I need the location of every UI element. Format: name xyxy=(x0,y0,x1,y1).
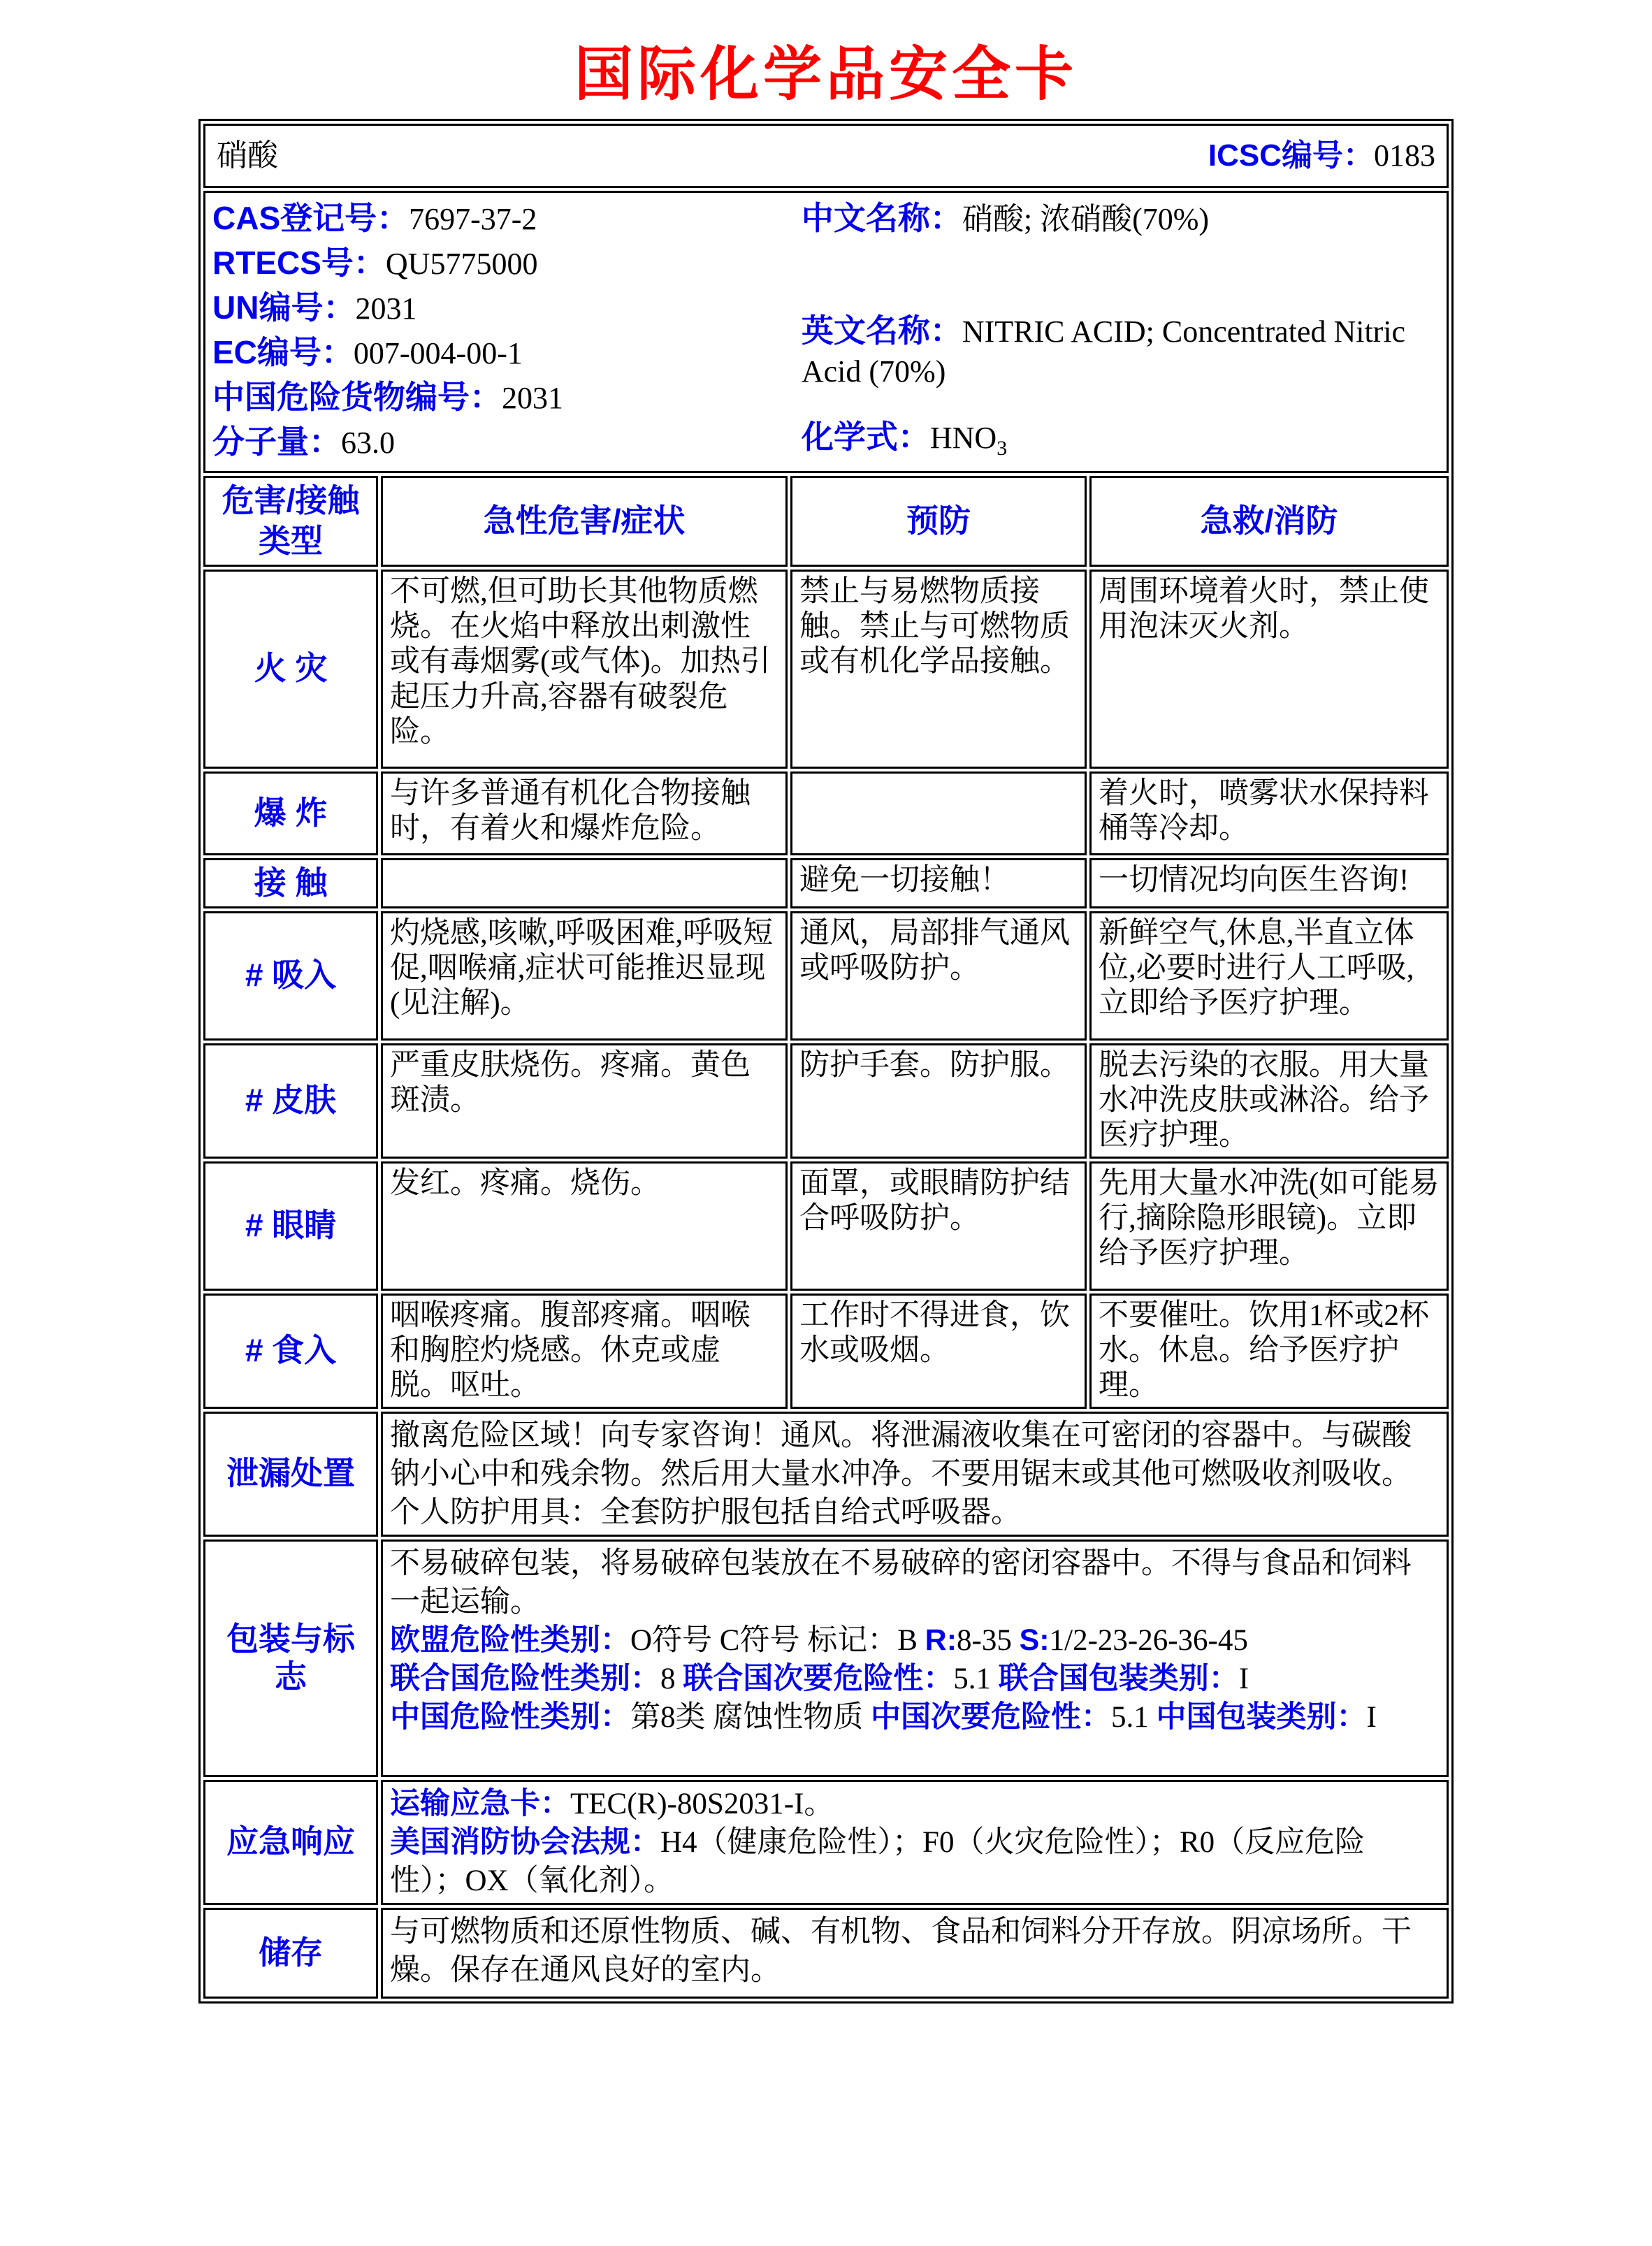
fire-row: 火 灾 不可燃,但可助长其他物质燃烧。在火焰中释放出刺激性或有毒烟雾(或气体)。… xyxy=(203,570,1449,769)
inhalation-prevention-cell: 通风，局部排气通风或呼吸防护。 xyxy=(790,911,1087,1041)
row-label-ingestion: # 食入 xyxy=(203,1294,378,1409)
card-header-cell: 硝酸 ICSC编号：0183 xyxy=(203,124,1449,188)
row-label-storage: 储存 xyxy=(203,1908,378,1999)
inhalation-row: # 吸入 灼烧感,咳嗽,呼吸困难,呼吸短促,咽喉痛,症状可能推迟显现(见注解)。… xyxy=(203,911,1449,1041)
english-name-field: 英文名称：NITRIC ACID; Concentrated Nitric Ac… xyxy=(802,311,1440,392)
ingestion-prevention-cell: 工作时不得进食，饮水或吸烟。 xyxy=(790,1294,1087,1409)
substance-name: 硝酸 xyxy=(217,138,278,173)
emergency-response-row: 应急响应 运输应急卡：TEC(R)-80S2031-I。美国消防协会法规：H4（… xyxy=(203,1780,1449,1905)
skin-row: # 皮肤 严重皮肤烧伤。疼痛。黄色斑渍。 防护手套。防护服。 脱去污染的衣服。用… xyxy=(203,1043,1449,1159)
china-dg-number-field: 中国危险货物编号：2031 xyxy=(212,375,802,419)
ingestion-firstaid-cell: 不要催吐。饮用1杯或2杯水。休息。给予医疗护理。 xyxy=(1089,1294,1449,1409)
ec-number-field: EC编号：007-004-00-1 xyxy=(212,330,802,375)
eyes-row: # 眼睛 发红。疼痛。烧伤。 面罩，或眼睛防护结合呼吸防护。 先用大量水冲洗(如… xyxy=(203,1161,1449,1291)
cas-number-field: CAS登记号：7697-37-2 xyxy=(212,196,802,240)
header-prevention: 预防 xyxy=(790,476,1087,567)
contact-row: 接 触 避免一切接触！ 一切情况均向医生咨询! xyxy=(203,858,1449,908)
chemical-formula-field: 化学式：HNO3 xyxy=(802,417,1440,468)
row-label-spillage: 泄漏处置 xyxy=(203,1412,378,1537)
id-numbers-block: CAS登记号：7697-37-2 RTECS号：QU5775000 UN编号：2… xyxy=(212,196,802,468)
icsc-safety-card-page: 国际化学品安全卡 硝酸 ICSC编号：0183 CAS登记号：7697-37-2… xyxy=(0,0,1652,2246)
page-title: 国际化学品安全卡 xyxy=(198,39,1454,109)
molecular-weight-field: 分子量：63.0 xyxy=(212,419,802,464)
eyes-prevention-cell: 面罩，或眼睛防护结合呼吸防护。 xyxy=(790,1161,1087,1291)
ingestion-symptoms-cell: 咽喉疼痛。腹部疼痛。咽喉和胸腔灼烧感。休克或虚脱。呕吐。 xyxy=(381,1294,788,1409)
identification-cell: CAS登记号：7697-37-2 RTECS号：QU5775000 UN编号：2… xyxy=(203,191,1449,473)
identification-row: CAS登记号：7697-37-2 RTECS号：QU5775000 UN编号：2… xyxy=(203,191,1449,473)
card-header-row: 硝酸 ICSC编号：0183 xyxy=(203,124,1449,188)
row-label-fire: 火 灾 xyxy=(203,570,378,769)
packaging-labelling-row: 包装与标志 不易破碎包装，将易破碎包装放在不易破碎的密闭容器中。不得与食品和饲料… xyxy=(203,1539,1449,1777)
ingestion-row: # 食入 咽喉疼痛。腹部疼痛。咽喉和胸腔灼烧感。休克或虚脱。呕吐。 工作时不得进… xyxy=(203,1294,1449,1409)
explosion-symptoms-cell: 与许多普通有机化合物接触时，有着火和爆炸危险。 xyxy=(381,771,788,855)
storage-content-cell: 与可燃物质和还原性物质、碱、有机物、食品和饲料分开存放。阴凉场所。干燥。保存在通… xyxy=(381,1908,1449,1999)
contact-prevention-cell: 避免一切接触！ xyxy=(790,858,1087,908)
inhalation-firstaid-cell: 新鲜空气,休息,半直立体位,必要时进行人工呼吸,立即给予医疗护理。 xyxy=(1089,911,1449,1041)
header-firstaid-firefighting: 急救/消防 xyxy=(1089,476,1449,567)
chemical-formula: HNO3 xyxy=(930,421,1007,455)
row-label-contact: 接 触 xyxy=(203,858,378,908)
skin-firstaid-cell: 脱去污染的衣服。用大量水冲洗皮肤或淋浴。给予医疗护理。 xyxy=(1089,1043,1449,1159)
contact-firstaid-cell: 一切情况均向医生咨询! xyxy=(1089,858,1449,908)
row-label-emergency-response: 应急响应 xyxy=(203,1780,378,1905)
contact-symptoms-cell xyxy=(381,858,788,908)
explosion-row: 爆 炸 与许多普通有机化合物接触时，有着火和爆炸危险。 着火时，喷雾状水保持料桶… xyxy=(203,771,1449,855)
explosion-firstaid-cell: 着火时，喷雾状水保持料桶等冷却。 xyxy=(1089,771,1449,855)
skin-prevention-cell: 防护手套。防护服。 xyxy=(790,1043,1087,1159)
fire-firstaid-cell: 周围环境着火时，禁止使用泡沫灭火剂。 xyxy=(1089,570,1449,769)
skin-symptoms-cell: 严重皮肤烧伤。疼痛。黄色斑渍。 xyxy=(381,1043,788,1159)
eyes-symptoms-cell: 发红。疼痛。烧伤。 xyxy=(381,1161,788,1291)
emergency-response-content-cell: 运输应急卡：TEC(R)-80S2031-I。美国消防协会法规：H4（健康危险性… xyxy=(381,1780,1449,1905)
names-block: 中文名称：硝酸; 浓硝酸(70%) 英文名称：NITRIC ACID; Conc… xyxy=(802,196,1440,468)
eyes-firstaid-cell: 先用大量水冲洗(如可能易行,摘除隐形眼镜)。立即给予医疗护理。 xyxy=(1089,1161,1449,1291)
row-label-skin: # 皮肤 xyxy=(203,1043,378,1159)
formula-subscript: 3 xyxy=(997,437,1007,460)
chinese-name-field: 中文名称：硝酸; 浓硝酸(70%) xyxy=(802,196,1440,242)
icsc-card-table: 硝酸 ICSC编号：0183 CAS登记号：7697-37-2 RTECS号：Q… xyxy=(198,119,1454,2004)
header-acute-hazards: 急性危害/症状 xyxy=(381,476,788,567)
icsc-number-value: 0183 xyxy=(1374,138,1435,173)
fire-prevention-cell: 禁止与易燃物质接触。禁止与可燃物质或有机化学品接触。 xyxy=(790,570,1087,769)
hazard-table-header-row: 危害/接触 类型 急性危害/症状 预防 急救/消防 xyxy=(203,476,1449,567)
spillage-row: 泄漏处置 撤离危险区域！向专家咨询！通风。将泄漏液收集在可密闭的容器中。与碳酸钠… xyxy=(203,1412,1449,1537)
header-hazard-type: 危害/接触 类型 xyxy=(203,476,378,567)
fire-symptoms-cell: 不可燃,但可助长其他物质燃烧。在火焰中释放出刺激性或有毒烟雾(或气体)。加热引起… xyxy=(381,570,788,769)
icsc-number: ICSC编号：0183 xyxy=(1208,138,1435,173)
icsc-number-label: ICSC编号： xyxy=(1208,138,1374,173)
spillage-content-cell: 撤离危险区域！向专家咨询！通风。将泄漏液收集在可密闭的容器中。与碳酸钠小心中和残… xyxy=(381,1412,1449,1537)
storage-row: 储存 与可燃物质和还原性物质、碱、有机物、食品和饲料分开存放。阴凉场所。干燥。保… xyxy=(203,1908,1449,1999)
inhalation-symptoms-cell: 灼烧感,咳嗽,呼吸困难,呼吸短促,咽喉痛,症状可能推迟显现(见注解)。 xyxy=(381,911,788,1041)
packaging-content-cell: 不易破碎包装，将易破碎包装放在不易破碎的密闭容器中。不得与食品和饲料一起运输。欧… xyxy=(381,1539,1449,1777)
rtecs-number-field: RTECS号：QU5775000 xyxy=(212,240,802,285)
row-label-explosion: 爆 炸 xyxy=(203,771,378,855)
row-label-eyes: # 眼睛 xyxy=(203,1161,378,1291)
row-label-packaging: 包装与标志 xyxy=(203,1539,378,1777)
un-number-field: UN编号：2031 xyxy=(212,285,802,330)
explosion-prevention-cell xyxy=(790,771,1087,855)
row-label-inhalation: # 吸入 xyxy=(203,911,378,1041)
